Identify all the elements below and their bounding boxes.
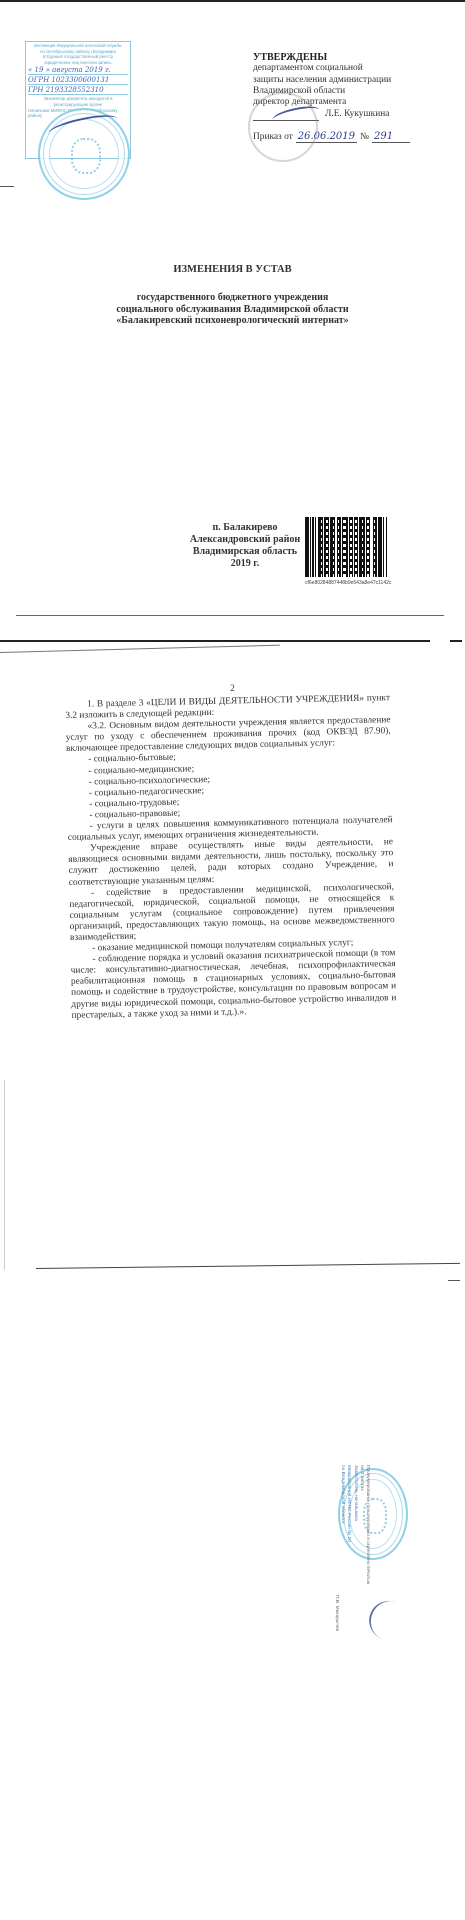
registration-copy-note: Экземпляр документа находится в регистри… — [28, 96, 128, 107]
signatory-name: Л.Е. Кукушкина — [325, 109, 389, 120]
approval-title: УТВЕРЖДЕНЫ — [253, 52, 453, 63]
certification-signature-icon — [363, 1595, 416, 1647]
certification-block: Пронумеровано, прошнуровано и скреплено … — [333, 1465, 370, 1645]
paragraph: Учреждение вправе осуществлять иные виды… — [68, 837, 394, 888]
stamp-divider — [0, 186, 14, 187]
document-subtitle: государственного бюджетного учреждения с… — [0, 292, 465, 327]
place-line: 2019 г. — [180, 558, 310, 570]
certification-line: на 2 листах — [358, 1465, 364, 1645]
registration-line: юридических лиц внесена запись — [28, 60, 128, 66]
paragraph: - соблюдение порядка и условий оказания … — [70, 948, 396, 1021]
page-1: Инспекция Федеральной налоговой службы п… — [0, 0, 465, 632]
page-number: 2 — [0, 683, 465, 693]
pdf417-barcode — [305, 517, 413, 577]
amendment-body: 1. В разделе 3 «ЦЕЛИ И ВИДЫ ДЕЯТЕЛЬНОСТИ… — [65, 693, 397, 1021]
paragraph: - содействие в предоставлении медицинско… — [69, 882, 395, 944]
document-title: ИЗМЕНЕНИЯ В УСТАВ — [0, 264, 465, 275]
place-line: Владимирская область — [180, 546, 310, 558]
page-2-bottom-line — [36, 1263, 460, 1269]
registration-line: В Единый государственный реестр — [28, 54, 128, 60]
approval-line: департаментом социальной — [253, 63, 453, 74]
barcode-bar — [387, 517, 388, 577]
subtitle-line: «Балакиревский психоневрологический инте… — [0, 315, 465, 327]
page-2-left-edge — [4, 1080, 5, 1270]
order-number: 291 — [372, 131, 410, 143]
page-1-bottom-line — [16, 615, 444, 616]
registration-date: « 19 » августа 2019 г. — [28, 66, 128, 75]
subtitle-line: государственного бюджетного учреждения — [0, 292, 465, 304]
page-edge-mark — [450, 640, 462, 642]
barcode-text: cf6e80284887448b9e543a8e47c1142c — [305, 580, 425, 586]
certification-line: Заместитель начальника — [351, 1465, 357, 1645]
page-top-edge — [0, 0, 465, 2]
page-edge-mark-2 — [448, 1280, 460, 1281]
place-line: Александровский район — [180, 534, 310, 546]
place-and-year: п. Балакирево Александровский район Влад… — [180, 522, 310, 570]
page-separator-shadow — [0, 645, 280, 653]
certification-line: Межрайонной ИФНС России № 10 — [345, 1465, 351, 1645]
place-line: п. Балакирево — [180, 522, 310, 534]
registration-grn: ГРН 2193328552310 — [28, 86, 128, 95]
approval-line: защиты населения администрации — [253, 75, 453, 86]
page-separator — [0, 640, 430, 642]
registration-line: Инспекция Федеральной налоговой службы — [28, 43, 128, 49]
order-number-label: № — [360, 132, 369, 143]
certification-signatory: П.В. Макарычев — [333, 1595, 339, 1645]
department-seal-icon — [248, 92, 318, 162]
subtitle-line: социального обслуживания Владимирской об… — [0, 304, 465, 316]
registration-ogrn: ОГРН 1023300600131 — [28, 76, 128, 85]
certification-line: по Владимирской области — [339, 1465, 345, 1645]
